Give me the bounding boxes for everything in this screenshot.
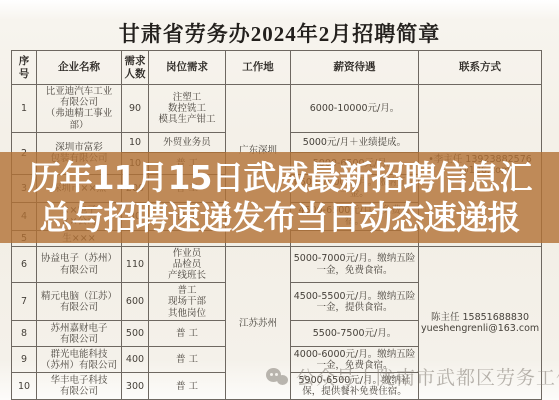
header-count: 需求 人数 [122, 51, 149, 85]
cell-no: 1 [12, 85, 37, 133]
cell-salary: 5500-7500元/月。 [291, 321, 419, 347]
cell-no: 8 [12, 321, 37, 347]
table-row: 6 协益电子（苏州） 有限公司 110 作业员 品检员 产线班长 江苏苏州 50… [12, 246, 542, 283]
cell-company: 比亚迪汽车工业 有限公司 （弗迪精工事业部） [37, 85, 122, 133]
cell-salary: 4500-5500元/月。缴纳五险一金，提供食宿。 [291, 283, 419, 321]
header-salary: 薪资待遇 [291, 51, 419, 85]
page-title: 甘肃省劳务办2024年2月招聘简章 [0, 18, 559, 48]
table-row: 1 比亚迪汽车工业 有限公司 （弗迪精工事业部） 90 注塑工 数控铣工 模具生… [12, 85, 542, 133]
cell-job: 外贸业务员 [149, 132, 226, 152]
cell-job: 普 工 [149, 321, 226, 347]
cell-job: 普工 现场干部 其他岗位 [149, 283, 226, 321]
watermark: 公众号〡陇南市武都区劳务工作局 [266, 363, 559, 390]
header-workloc: 工作地 [226, 51, 291, 85]
cell-company: 协益电子（苏州） 有限公司 [37, 246, 122, 283]
header-contact: 联系方式 [419, 51, 542, 85]
cell-no: 6 [12, 246, 37, 283]
cell-salary: 5000元/月＋业绩提成。 [291, 132, 419, 152]
cell-no: 10 [12, 373, 37, 400]
cell-company: 苏州嘉财电子 有限公司 [37, 321, 122, 347]
cell-salary: 5000-7000元/月。缴纳五险一金，免费食宿。 [291, 246, 419, 283]
cell-company: 群光电能科技 （苏州）有限公司 [37, 347, 122, 373]
cell-no: 7 [12, 283, 37, 321]
recruitment-notice-photo: 甘肃省劳务办2024年2月招聘简章 序号 企业名称 需求 人数 岗位需求 工作地… [0, 0, 559, 400]
watermark-text: 公众号〡陇南市武都区劳务工作局 [296, 363, 559, 390]
cell-count: 500 [122, 321, 149, 347]
table-header-row: 序号 企业名称 需求 人数 岗位需求 工作地 薪资待遇 联系方式 [12, 51, 542, 85]
wechat-chat-bubbles-icon [266, 366, 292, 388]
cell-count: 600 [122, 283, 149, 321]
cell-count: 110 [122, 246, 149, 283]
cell-count: 10 [122, 132, 149, 152]
banner-line-2: 总与招聘速递发布当日动态速递报 [40, 198, 520, 238]
cell-job: 普 工 [149, 347, 226, 373]
banner-line-1: 历年11月15日武威最新招聘信息汇 [28, 158, 532, 198]
cell-count: 400 [122, 347, 149, 373]
cell-job: 注塑工 数控铣工 模具生产钳工 [149, 85, 226, 133]
cell-job: 作业员 品检员 产线班长 [149, 246, 226, 283]
header-no: 序号 [12, 51, 37, 85]
cell-job: 普 工 [149, 373, 226, 400]
header-job: 岗位需求 [149, 51, 226, 85]
cell-company: 精元电脑（江苏） 有限公司 [37, 283, 122, 321]
header-company: 企业名称 [37, 51, 122, 85]
cell-company: 华丰电子科技 有限公司 [37, 373, 122, 400]
cell-no: 9 [12, 347, 37, 373]
cell-salary: 6000-10000元/月。 [291, 85, 419, 133]
overlay-title-banner: 历年11月15日武威最新招聘信息汇 总与招聘速递发布当日动态速递报 [0, 152, 559, 243]
cell-count: 300 [122, 373, 149, 400]
cell-count: 90 [122, 85, 149, 133]
